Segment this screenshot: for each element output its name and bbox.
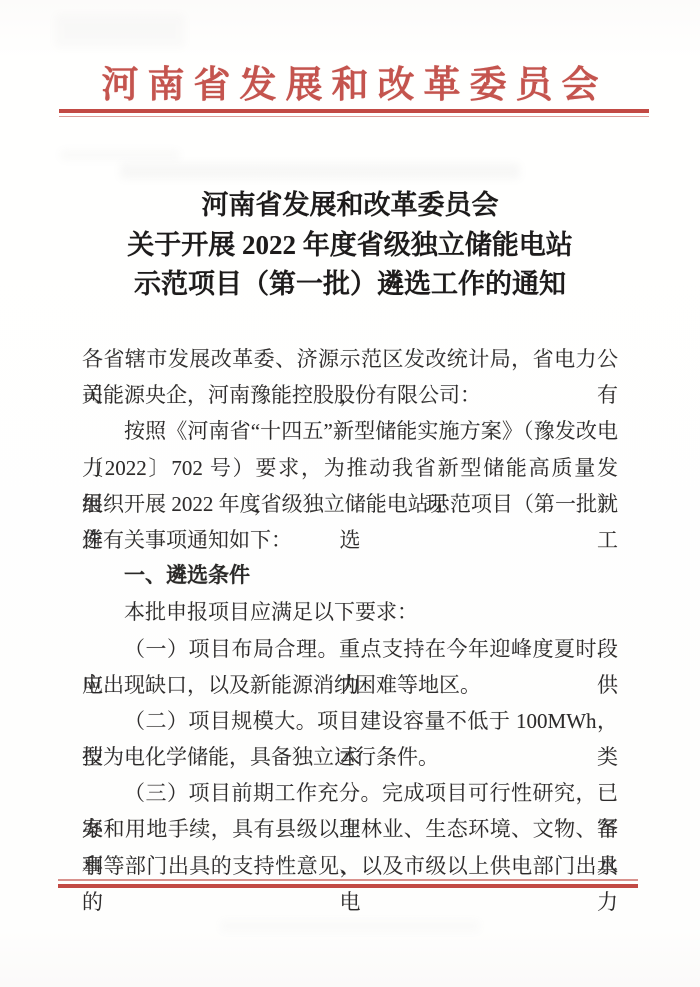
footer-rule-thin-line <box>58 879 638 881</box>
scan-smudge <box>120 163 520 179</box>
letterhead-rule-thin-line <box>59 116 649 118</box>
document-title: 河南省发展和改革委员会 关于开展 2022 年度省级独立储能电站 示范项目（第一… <box>0 186 700 305</box>
body-line: 本批申报项目应满足以下要求： <box>82 594 618 630</box>
body-line: （一）项目布局合理。重点支持在今年迎峰度夏时段电力供 <box>82 631 618 667</box>
document-title-line-1: 河南省发展和改革委员会 <box>0 186 700 226</box>
body-line: （二）项目规模大。项目建设容量不低于 100MWh，技术类 <box>82 703 618 739</box>
document-title-line-3: 示范项目（第一批）遴选工作的通知 <box>0 265 700 305</box>
section-heading: 一、遴选条件 <box>82 558 618 594</box>
body-line: 按照《河南省“十四五”新型储能实施方案》（豫发改电力 <box>82 413 618 449</box>
scanned-document-page: 河南省发展和改革委员会 河南省发展和改革委员会 关于开展 2022 年度省级独立… <box>0 0 700 987</box>
letterhead-rule <box>59 109 649 117</box>
body-line: 组织开展 2022 年度省级独立储能电站示范项目（第一批）遴选工 <box>82 486 618 522</box>
scan-smudge <box>60 150 180 160</box>
body-line: 〔2022〕702 号）要求，为推动我省新型储能高质量发展，现就 <box>82 450 618 486</box>
scan-smudge <box>220 920 480 932</box>
footer-rule <box>58 879 638 888</box>
body-line: 各省辖市发展改革委、济源示范区发改统计局，省电力公司，有 <box>82 341 618 377</box>
letterhead-agency-name: 河南省发展和改革委员会 <box>0 54 700 108</box>
body-line: （三）项目前期工作充分。完成项目可行性研究，已办理备 <box>82 775 618 811</box>
scan-smudge <box>55 14 185 48</box>
letterhead-rule-thick-line <box>59 109 649 113</box>
footer-rule-thick-line <box>58 884 638 888</box>
document-title-line-2: 关于开展 2022 年度省级独立储能电站 <box>0 226 700 266</box>
body-line: 案和用地手续，具有县级以上林业、生态环境、文物、军事、水 <box>82 811 618 847</box>
document-body: 各省辖市发展改革委、济源示范区发改统计局，省电力公司，有 关能源央企，河南豫能控… <box>82 341 618 884</box>
